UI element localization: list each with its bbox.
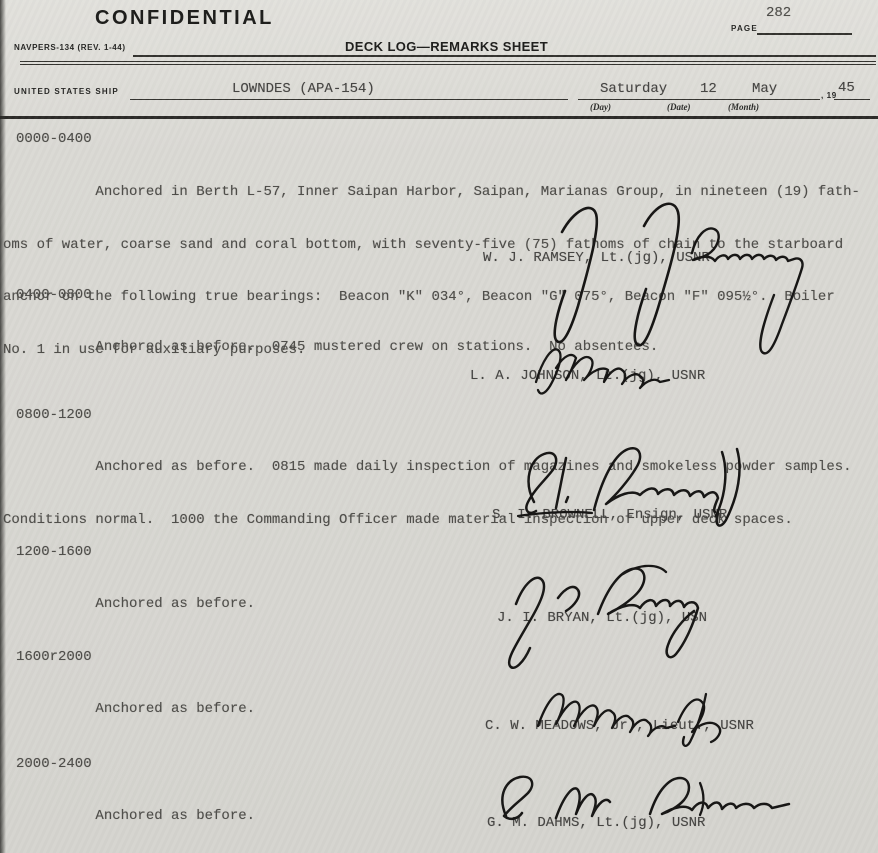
entry-time: 0000-0400 <box>16 131 92 149</box>
typed-signature: C. W. MEADOWS, Jr., Lieut., USNR <box>485 718 754 736</box>
entry-text: Anchored as before. <box>3 561 255 649</box>
header-rule-top <box>133 55 876 57</box>
ship-name: LOWNDES (APA-154) <box>232 81 375 99</box>
confidential-stamp: CONFIDENTIAL <box>95 7 274 30</box>
typed-signature: G. M. DAHMS, Lt.(jg), USNR <box>487 815 705 833</box>
entry-text: Anchored as before. <box>3 666 255 754</box>
typed-signature: S. I. BROWNELL, Ensign, USNR <box>492 507 727 525</box>
entry-time: 1600r2000 <box>16 649 92 667</box>
entry-text: Anchored as before. <box>3 773 255 853</box>
form-number: NAVPERS-134 (REV. 1-44) <box>14 43 126 52</box>
ship-name-underline <box>130 99 568 101</box>
header-bottom-rule <box>0 116 878 119</box>
entry-time: 1200-1600 <box>16 544 92 562</box>
entry-line: oms of water, coarse sand and coral bott… <box>3 237 860 255</box>
entry-time: 2000-2400 <box>16 756 92 774</box>
entry-text: Anchored as before. 0815 made daily insp… <box>3 424 852 564</box>
entry-line: Anchored in Berth L-57, Inner Saipan Har… <box>3 184 860 202</box>
typed-signature: L. A. JOHNSON, Lt.(jg), USNR <box>470 368 705 386</box>
typed-signature: J. I. BRYAN, Lt.(jg), USN <box>497 610 707 628</box>
date-year: 45 <box>838 80 855 98</box>
header-double-rule-2 <box>20 64 876 65</box>
header-double-rule-1 <box>20 61 876 62</box>
deck-log-remarks-sheet: CONFIDENTIAL 282 PAGE NAVPERS-134 (REV. … <box>0 0 878 853</box>
form-title: DECK LOG—REMARKS SHEET <box>345 39 548 54</box>
day-caption: (Day) <box>590 102 611 112</box>
entry-time: 0800-1200 <box>16 407 92 425</box>
signature-dahms-handwriting <box>502 777 789 819</box>
entry-line: Anchored as before. <box>3 808 255 826</box>
entry-line: Anchored as before. <box>3 596 255 614</box>
entry-line: Anchored as before. 0745 mustered crew o… <box>3 339 658 357</box>
typed-signature: W. J. RAMSEY, Lt.(jg), USNR <box>483 250 710 268</box>
page-label: PAGE <box>731 24 758 33</box>
date-day: Saturday <box>600 81 667 99</box>
ship-label: UNITED STATES SHIP <box>14 87 119 96</box>
entry-line: Anchored as before. <box>3 701 255 719</box>
date-caption: (Date) <box>667 102 691 112</box>
date-underline <box>578 99 820 101</box>
page-number: 282 <box>766 5 791 23</box>
year-underline <box>834 99 870 101</box>
entry-time: 0400-0800 <box>16 287 92 305</box>
page-number-underline <box>757 33 852 35</box>
date-month: May <box>752 81 777 99</box>
date-number: 12 <box>700 81 717 99</box>
entry-line: Anchored as before. 0815 made daily insp… <box>3 459 852 477</box>
month-caption: (Month) <box>728 102 759 112</box>
